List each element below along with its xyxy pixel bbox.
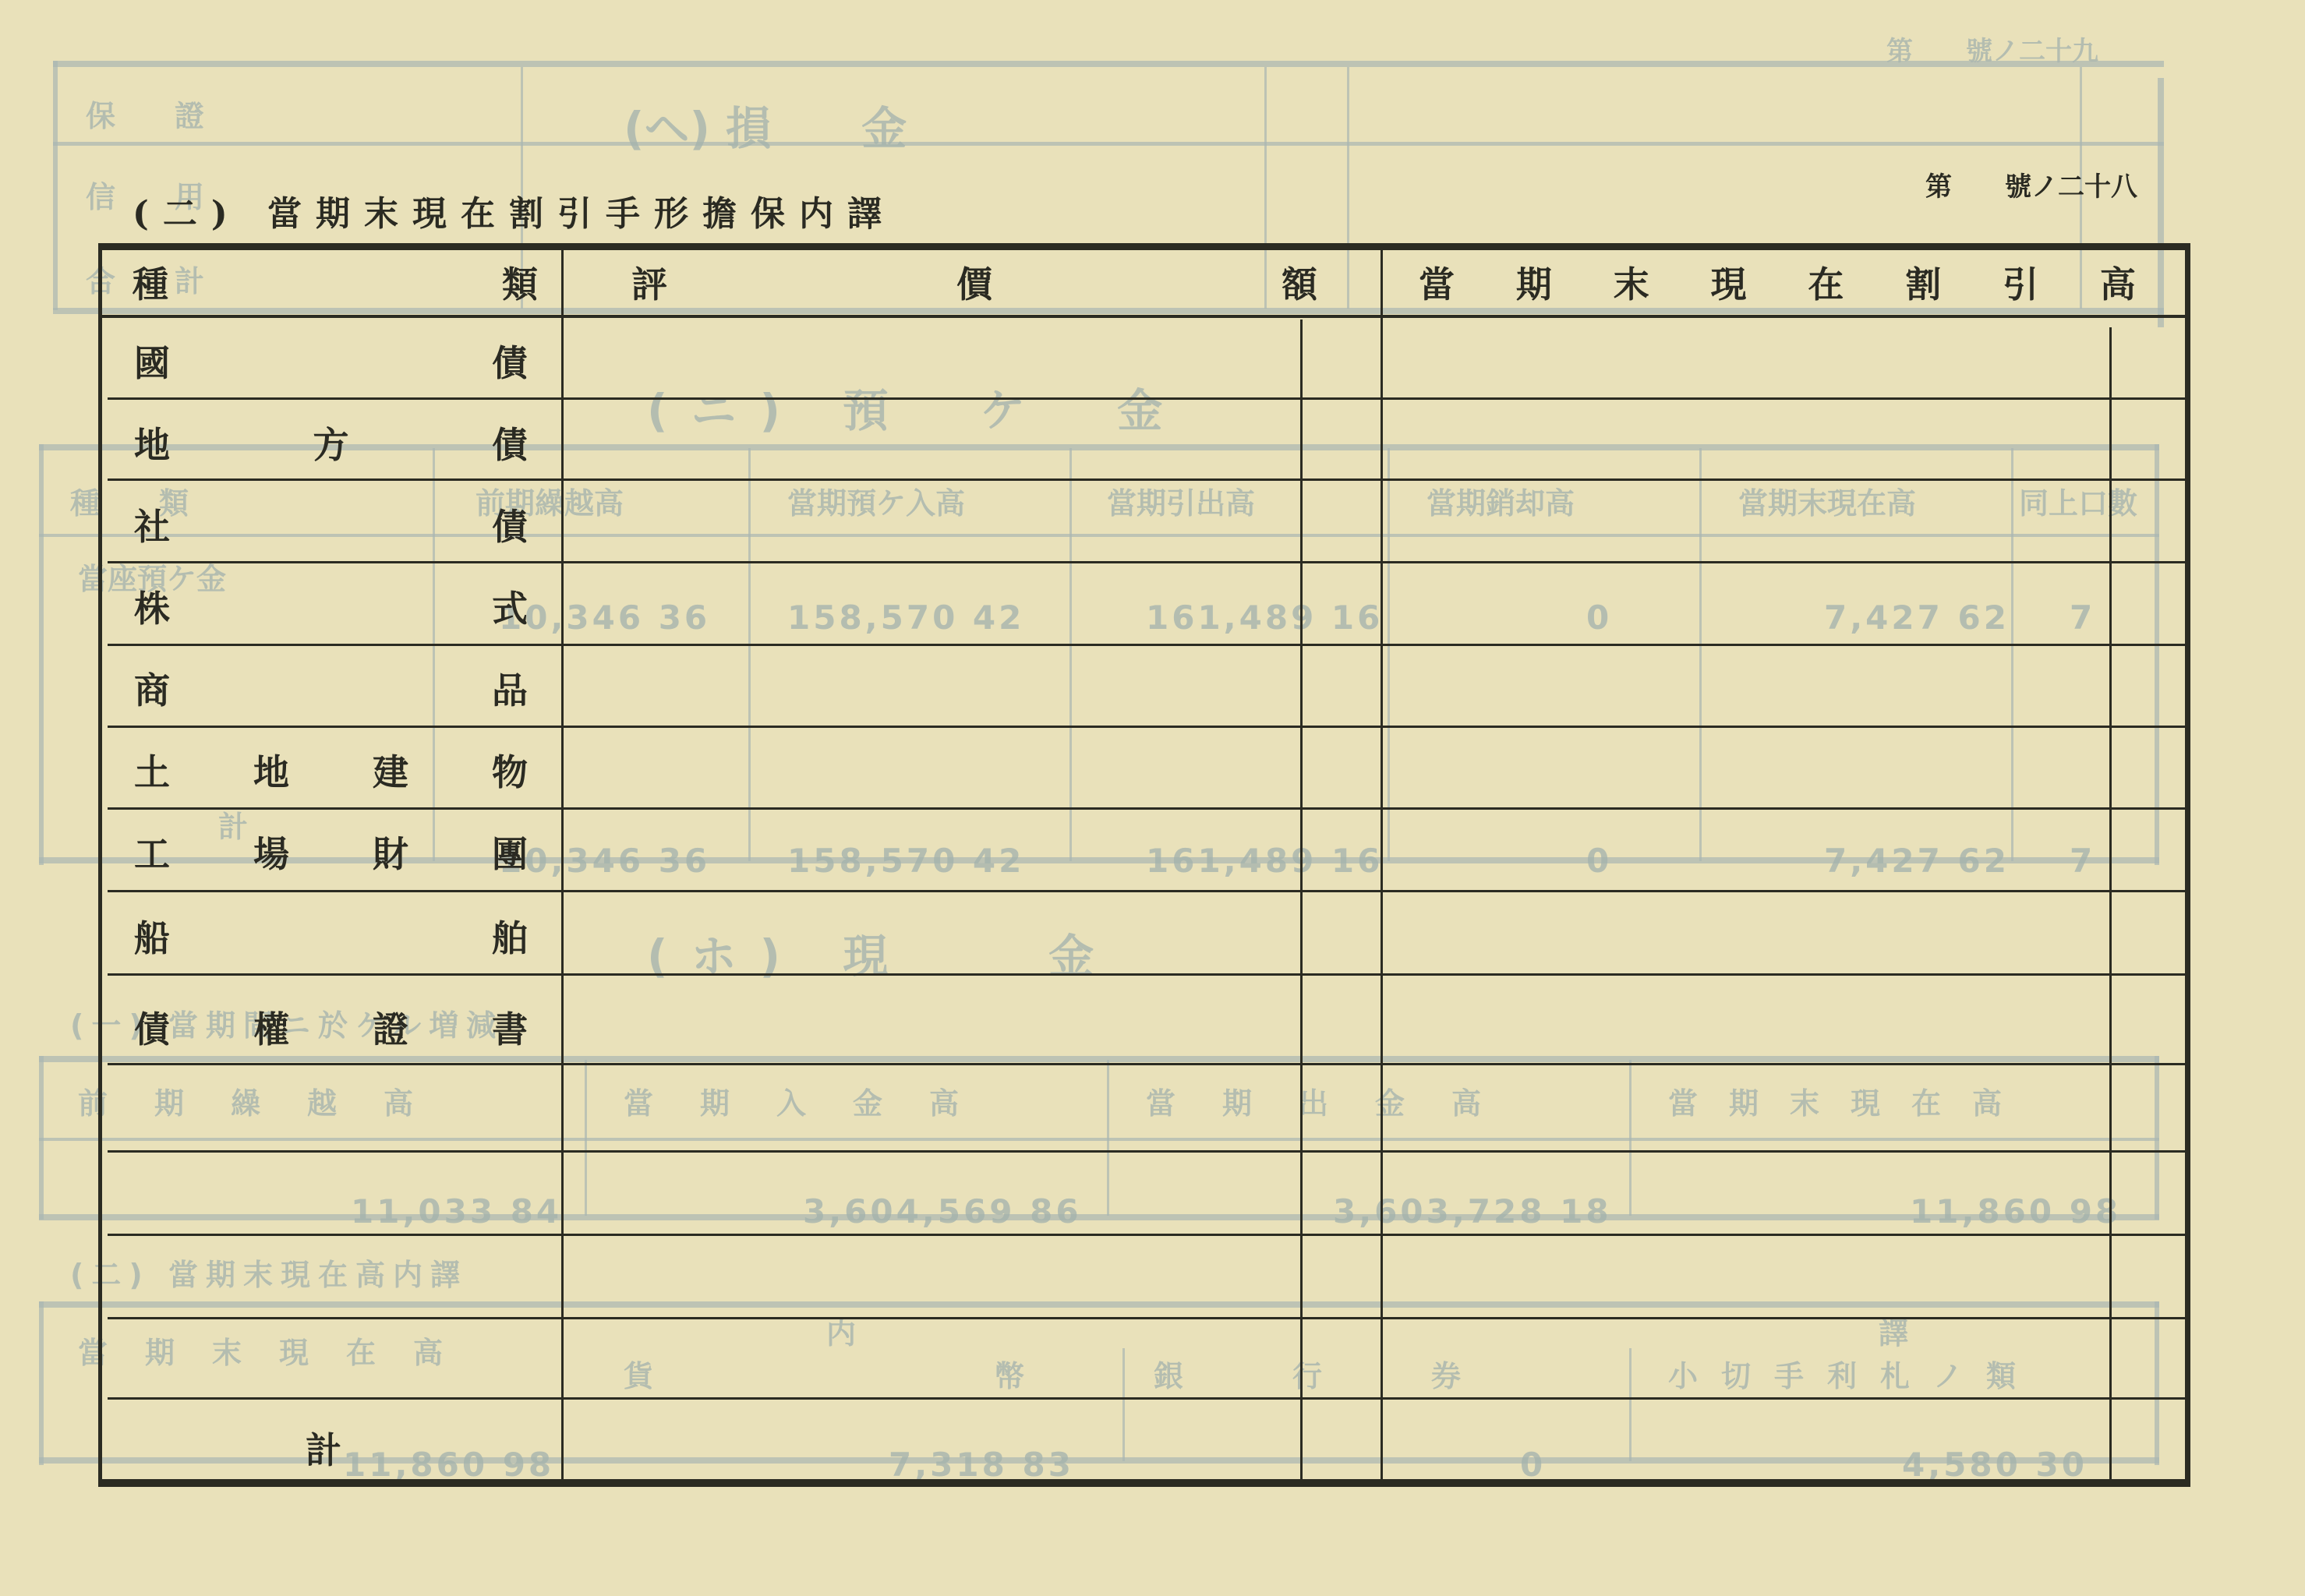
ghost-cash-h0: 前期繰越高	[78, 1079, 460, 1122]
ghost-cash-h1: 當期入金高	[624, 1079, 1006, 1122]
ghost-bd-h1: 内	[826, 1309, 856, 1352]
ghost-dep-t2: 161,489 16	[1146, 842, 1383, 880]
header-current-discount: 當 期 末 現 在 割 引 高	[1419, 257, 2136, 307]
ghost-dep-t3: 0	[1586, 842, 1612, 880]
ghost-deposit-title: (ニ) 預 ケ 金	[647, 374, 1186, 440]
row-blank-2	[108, 1237, 560, 1315]
form-number: 第 號ノ二十八	[1925, 165, 2137, 203]
ghost-cash-h2: 當期出金高	[1146, 1079, 1528, 1122]
ghost-dep-t0: 10,346 36	[499, 842, 710, 880]
ghost-dep-v1: 158,570 42	[787, 598, 1024, 637]
ghost-bd-h2: 貨 幣	[624, 1352, 1180, 1395]
ghost-dep-t1: 158,570 42	[787, 842, 1024, 880]
ghost-bd-v2: 0	[1520, 1446, 1546, 1484]
ghost-cash-h3: 當期末現在高	[1668, 1079, 2033, 1122]
ghost-row-guarantee: 保 證	[86, 92, 491, 135]
ghost-cash-v3: 11,860 98	[1910, 1192, 2121, 1231]
header-valuation: 評 價 額	[631, 257, 1317, 307]
row-debt-certificates: 債權證書	[134, 1001, 528, 1053]
ghost-bd-h4: 小切手利札ノ類	[1668, 1352, 2039, 1395]
header-type: 種 類	[133, 257, 538, 307]
ghost-dep-h5: 當期末現在高	[1738, 479, 1916, 522]
ghost-dep-v3: 0	[1586, 598, 1612, 637]
row-merchandise: 商品	[134, 662, 528, 714]
ghost-bd-h5: 譯	[1879, 1309, 1908, 1352]
ghost-dep-h2: 當期預ケ入高	[787, 479, 965, 522]
ghost-dep-v5: 7	[2070, 598, 2095, 637]
row-total-label: 計	[306, 1422, 341, 1474]
row-ships: 船舶	[134, 910, 528, 962]
ghost-section-loss: (ヘ) 損 金	[624, 92, 907, 157]
row-blank-1	[108, 1153, 560, 1231]
row-land-buildings: 土地建物	[134, 744, 528, 796]
ghost-cash-v2: 3,603,728 18	[1333, 1192, 1612, 1231]
row-national-bonds: 國債	[134, 335, 528, 387]
ghost-dep-h6: 同上口數	[2019, 479, 2137, 522]
row-blank-3	[108, 1320, 560, 1395]
row-corporate-bonds: 社債	[134, 499, 528, 550]
ghost-dep-h3: 當期引出高	[1107, 479, 1255, 522]
ghost-dep-v2: 161,489 16	[1146, 598, 1383, 637]
ghost-bd-v0: 11,860 98	[343, 1446, 554, 1484]
form-title: (二) 當期末現在割引手形擔保内譯	[133, 185, 896, 235]
ghost-dep-t5: 7	[2070, 842, 2095, 880]
row-local-bonds: 地方債	[134, 417, 528, 468]
ghost-bd-v3: 4,580 30	[1902, 1446, 2088, 1484]
row-stocks: 株式	[134, 581, 528, 632]
ghost-bd-v1: 7,318 83	[889, 1446, 1074, 1484]
ghost-bd-h3: 銀行券	[1154, 1352, 1570, 1395]
ghost-dep-t4: 7,427 62	[1824, 842, 2010, 880]
ghost-cash-v1: 3,604,569 86	[803, 1192, 1082, 1231]
ghost-dep-h4: 當期銷却高	[1426, 479, 1575, 522]
ghost-dep-v4: 7,427 62	[1824, 598, 2010, 637]
row-factory-foundation: 工場財團	[134, 826, 528, 877]
ghost-dep-v0: 10,346 36	[499, 598, 710, 637]
